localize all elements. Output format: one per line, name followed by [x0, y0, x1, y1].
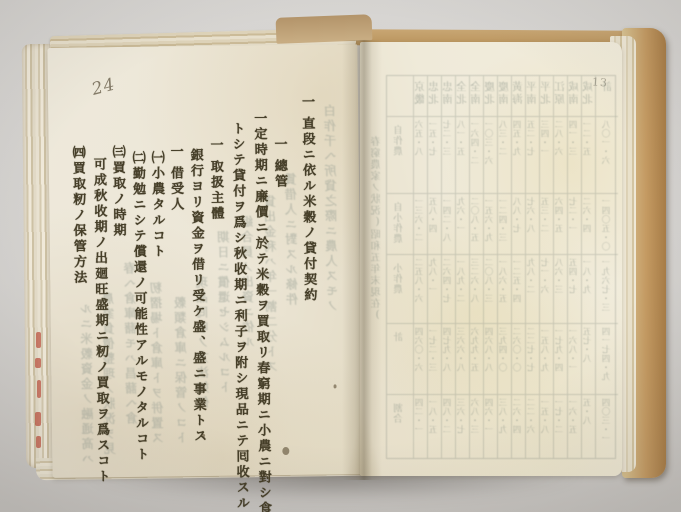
text-column-1: 一直段ニ依ル米穀ノ貸付契約 [300, 95, 316, 304]
table-cell: 四一・三 [568, 117, 581, 194]
province-column-京畿: 京畿六五・八一三六・二二五八・六四六〇・六四二・一 [414, 76, 428, 458]
table-cell: 二二七・七 [526, 324, 539, 395]
open-book: 24 白作千ヘ所貸之際ニ農人スモノ賃借人ニ對スル條件貸出金利ハ年一割二分トス組合… [24, 28, 666, 480]
table-cell: 自小作農 [387, 194, 413, 255]
table-cell: 三九四・〇 [498, 324, 511, 395]
item-marker: 一 [208, 138, 221, 154]
table-cell: 一〇三・六 [484, 117, 497, 194]
table-cell: 一六四・二 [470, 117, 483, 194]
item-marker: 一 [300, 95, 313, 111]
table-cell: 二八・六 [554, 117, 567, 194]
table-cell: 一六・五 [568, 395, 581, 451]
table-cell: 四六・一 [484, 395, 497, 451]
province-column-咸北: 咸北一二・五二六・四一八・九五七・八五・八 [582, 76, 596, 458]
table-cell: 四二・一 [414, 395, 427, 451]
table-cell: 二五八・六 [414, 255, 427, 324]
table-cell: 八六・三 [554, 255, 567, 324]
showthrough-table-frame: 自作農自小作農小作農計割合京畿六五・八一三六・二二五八・六四六〇・六四二・一忠北… [386, 75, 616, 459]
table-cell: 一二四・三 [498, 194, 511, 255]
table-header-cell: 忠北 [428, 76, 441, 117]
table-cell: 一四二・八 [442, 194, 455, 255]
table-cell: 五七・八 [582, 324, 595, 395]
table-header-cell: 全南 [470, 76, 483, 117]
total-column: 計八〇一・六一四〇五・〇一九六七・三四一七四・九四〇三・一 [596, 76, 618, 458]
table-cell: 八〇一・六 [596, 117, 618, 194]
showthrough-column-2: 賃借人ニ對スル條件 [285, 173, 299, 308]
showthrough-column-7: 穀類倉庫ニ保管ノコト [174, 296, 188, 446]
table-cell: 計 [387, 324, 413, 395]
table-header-cell: 京畿 [414, 76, 427, 117]
table-cell: 五四・七 [568, 255, 581, 324]
torn-paper-edge [276, 14, 373, 44]
photo-backdrop: 24 白作千ヘ所貸之際ニ農人スモノ賃借人ニ對スル條件貸出金利ハ年一割二分トス組合… [0, 0, 681, 512]
table-cell: 六九九・五 [470, 324, 483, 395]
table-header-cell: 咸南 [568, 76, 581, 117]
table-cell: 四六〇・六 [414, 324, 427, 395]
table-header-cell: 全北 [456, 76, 469, 117]
red-edge-marks [34, 328, 44, 458]
table-cell: 一八・五 [428, 395, 441, 451]
table-header-cell: 咸北 [582, 76, 595, 117]
table-header-cell: 慶南 [498, 76, 511, 117]
province-column-咸南: 咸南四一・三七二・一五四・七一六八・一一六・五 [568, 76, 582, 458]
table-cell: 一七二・三 [428, 324, 441, 395]
table-cell: 一八九・二 [456, 255, 469, 324]
showthrough-column-1: 白作千ヘ所貸之際ニ農人スモノ [324, 104, 339, 314]
item-marker: 一 [272, 137, 285, 153]
text-column-9: ㈡勤勉ニシテ償還ノ可能性アルモノタルコト [131, 151, 148, 463]
table-cell: 一四〇五・〇 [596, 194, 618, 255]
table-cell: 一八六・五 [498, 255, 511, 324]
table-cell: 一七九・四 [554, 324, 567, 395]
table-header-cell: 慶北 [484, 76, 497, 117]
table-header-cell: 平北 [540, 76, 553, 117]
showthrough-column-5: 期日ニ償還セシムルコト [218, 231, 232, 396]
province-column-慶南: 慶南八三・二一二四・三一八六・五三九四・〇三八・九 [498, 76, 512, 458]
table-cell: 一五六・九 [484, 194, 497, 255]
province-column-慶北: 慶北一〇三・六一五六・九二〇八・三四六八・八四六・一 [484, 76, 498, 458]
table-cell: 三六・七 [456, 395, 469, 451]
table-cell: 八一・五 [456, 117, 469, 194]
ink-speck [113, 167, 116, 170]
table-cell: 三六六・八 [456, 324, 469, 395]
table-header-cell: 江原 [554, 76, 567, 117]
text-column-2: 一總管 [272, 137, 286, 190]
left-page: 24 白作千ヘ所貸之際ニ農人スモノ賃借人ニ對スル條件貸出金利ハ年一割二分トス組合… [47, 44, 362, 478]
table-cell: 四八・二 [442, 395, 455, 451]
table-cell: 三二六・八 [470, 255, 483, 324]
table-cell: 四五・九 [512, 117, 525, 194]
showthrough-table-title: 春窮農家ノ狀況(昭和五年末現在) [368, 80, 385, 512]
ink-speck [282, 447, 289, 455]
item-marker: 一 [169, 144, 182, 160]
table-cell: 五二・七 [526, 117, 539, 194]
text-column-4: トシテ貸付ヲ爲シ秋收期ニ利子ヲ附シ現品ニテ囘收スルモノトス [230, 122, 247, 466]
table-cell: 一五・八 [540, 395, 553, 451]
table-cell: 六八・三 [470, 395, 483, 451]
ink-speck [334, 384, 337, 388]
table-cell: 七一・六 [540, 255, 553, 324]
table-header-cell: 忠南 [442, 76, 455, 117]
table-header-cell: 計 [596, 76, 618, 117]
table-cell: 一六八・一 [568, 324, 581, 395]
table-cell: 二六四・七 [442, 255, 455, 324]
province-column-忠南: 忠南七二・三一四二・八二六四・七四七九・八四八・二 [442, 76, 456, 458]
table-cell: 五八・四 [428, 194, 441, 255]
table-cell: 一八・九 [582, 255, 595, 324]
table-cell: 七二・三 [442, 117, 455, 194]
table-cell: 五三・二 [540, 194, 553, 255]
table-cell: 二〇八・三 [484, 255, 497, 324]
table-cell: 小作農 [387, 255, 413, 324]
table-cell: 三四・一 [540, 117, 553, 194]
province-column-平南: 平南五二・七七六・八九八・二二二七・七二二・六 [526, 76, 540, 458]
table-cell: 一五・七 [428, 117, 441, 194]
table-cell: 一二五・四 [512, 255, 525, 324]
province-column-江原: 江原二八・六六四・五八六・三一七九・四一七・二 [554, 76, 568, 458]
table-cell: 四六八・八 [484, 324, 497, 395]
table-cell: 五・八 [582, 395, 595, 451]
right-page: 13 春窮農家ノ狀況(昭和五年末現在) 自作農自小作農小作農計割合京畿六五・八一… [360, 42, 622, 476]
table-cell: 六四・五 [554, 194, 567, 255]
showthrough-table: 春窮農家ノ狀況(昭和五年末現在) 自作農自小作農小作農計割合京畿六五・八一三六・… [368, 72, 616, 460]
text-column-12: ㈣買取籾ノ保管方法 [71, 145, 86, 286]
text-column-5: 一取扱主體 [208, 138, 222, 222]
province-column-黃海: 黃海四五・九八八・七一二五・四二六〇・〇二六・四 [512, 76, 526, 458]
table-cell: 割合 [387, 395, 413, 451]
text-column-7: 一借受人 [169, 144, 183, 213]
table-cell: 七六・八 [526, 194, 539, 255]
table-cell: 四七九・八 [442, 324, 455, 395]
showthrough-column-8: 籾摺場ト倉庫トヲ併置ス [150, 282, 164, 447]
table-cell: 八八・七 [512, 194, 525, 255]
table-cell: 九六・一 [456, 194, 469, 255]
ink-speck [202, 434, 205, 437]
table-header-cell: 平南 [526, 76, 539, 117]
stub-column: 自作農自小作農小作農計割合 [387, 76, 414, 458]
province-column-平北: 平北三四・一五三・二七一・六一五八・九一五・八 [540, 76, 554, 458]
table-cell: 八三・二 [498, 117, 511, 194]
text-column-8: ㈠小農タルコト [150, 151, 164, 260]
province-column-全南: 全南一六四・二二〇八・五三二六・八六九九・五六八・三 [470, 76, 484, 458]
table-cell: 三八・九 [498, 395, 511, 451]
table-cell: 二〇八・五 [470, 194, 483, 255]
table-cell: 四〇三・一 [596, 395, 618, 451]
table-cell: 一九六七・三 [596, 255, 618, 324]
table-cell: 一七・二 [554, 395, 567, 451]
table-cell: 自作農 [387, 117, 413, 194]
table-cell: 九八・一 [428, 255, 441, 324]
table-header-cell: 黃海 [512, 76, 525, 117]
text-column-6: 銀行ヨリ資金ヲ借リ受ケ盛、盛ニ事業トス [189, 148, 206, 445]
table-cell: 一三六・二 [414, 194, 427, 255]
table-cell: 六五・八 [414, 117, 427, 194]
text-column-3: 一定時期ニ廉價ニ於テ米穀ヲ買取リ春窮期ニ小農ニ對シ食糧若クハ種籾 [252, 111, 269, 465]
table-cell: 四一七四・九 [596, 324, 618, 395]
province-column-全北: 全北八一・五九六・一一八九・二三六六・八三六・七 [456, 76, 470, 458]
table-cell: 一五八・九 [540, 324, 553, 395]
handwritten-page-number: 24 [90, 75, 118, 100]
table-cell: 七二・一 [568, 194, 581, 255]
province-column-忠北: 忠北一五・七五八・四九八・一一七二・三一八・五 [428, 76, 442, 458]
table-cell: 二二・六 [526, 395, 539, 451]
table-cell: 二六・四 [512, 395, 525, 451]
table-cell: 九八・二 [526, 255, 539, 324]
table-cell: 一二・五 [582, 117, 595, 194]
table-cell: 二六・四 [582, 194, 595, 255]
text-column-10: ㈢買取ノ時期 [111, 145, 125, 239]
table-cell: 二六〇・〇 [512, 324, 525, 395]
table-header-cell [387, 76, 413, 117]
text-column-11: 可成秋收期ノ出廻旺盛期ニ籾ノ買取ヲ爲スコト [92, 157, 109, 467]
